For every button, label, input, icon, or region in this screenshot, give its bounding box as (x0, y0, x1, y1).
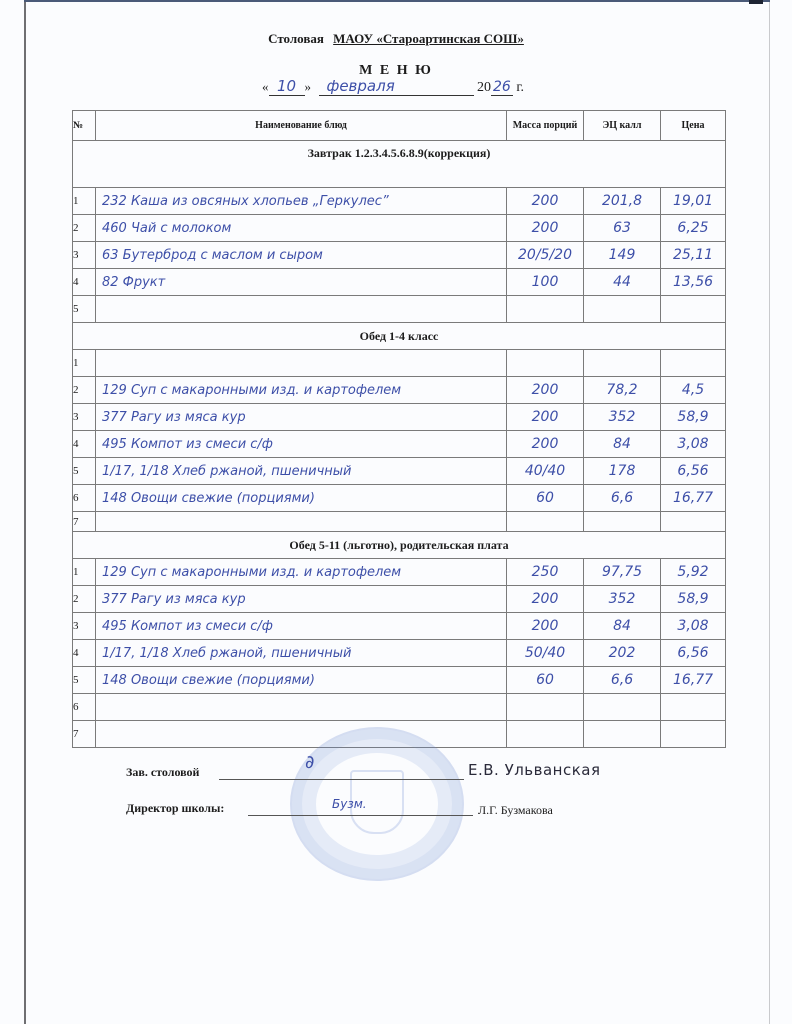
column-header-mass: Масса порций (507, 111, 584, 141)
energy-kcal: 352 (584, 404, 661, 431)
price: 6,56 (661, 640, 726, 667)
portion-mass: 200 (507, 586, 584, 613)
row-number: 5 (73, 667, 96, 694)
row-number: 2 (73, 586, 96, 613)
date-line: «10» февраля 2026 г. (262, 77, 524, 96)
portion-mass: 200 (507, 215, 584, 242)
table-row: 2129 Суп с макаронными изд. и картофелем… (73, 377, 726, 404)
energy-kcal: 6,6 (584, 667, 661, 694)
dish-name: 82 Фрукт (96, 269, 507, 296)
energy-kcal: 78,2 (584, 377, 661, 404)
price: 58,9 (661, 404, 726, 431)
energy-kcal (584, 350, 661, 377)
table-row: 2460 Чай с молоком200636,25 (73, 215, 726, 242)
price: 6,25 (661, 215, 726, 242)
table-row: 3495 Компот из смеси с/ф200843,08 (73, 613, 726, 640)
director-signature-row: Директор школы: (126, 801, 224, 816)
table-row: 4495 Компот из смеси с/ф200843,08 (73, 431, 726, 458)
portion-mass (507, 721, 584, 748)
portion-mass: 50/40 (507, 640, 584, 667)
dish-name (96, 721, 507, 748)
section-title: Завтрак 1.2.3.4.5.6.8.9(коррекция) (73, 141, 726, 188)
row-number: 2 (73, 215, 96, 242)
price (661, 512, 726, 532)
org-prefix: Столовая (268, 31, 324, 46)
dish-name (96, 296, 507, 323)
price: 4,5 (661, 377, 726, 404)
price: 25,11 (661, 242, 726, 269)
table-row: 51/17, 1/18 Хлеб ржаной, пшеничный40/401… (73, 458, 726, 485)
portion-mass: 200 (507, 404, 584, 431)
table-row: 363 Бутерброд с маслом и сыром20/5/20149… (73, 242, 726, 269)
row-number: 3 (73, 404, 96, 431)
energy-kcal: 97,75 (584, 559, 661, 586)
energy-kcal (584, 296, 661, 323)
row-number: 4 (73, 269, 96, 296)
table-row: 5148 Овощи свежие (порциями)606,616,77 (73, 667, 726, 694)
director-name: Л.Г. Бузмакова (478, 803, 553, 818)
energy-kcal: 84 (584, 431, 661, 458)
column-header-num: № (73, 111, 96, 141)
row-number: 4 (73, 431, 96, 458)
dish-name: 1/17, 1/18 Хлеб ржаной, пшеничный (96, 458, 507, 485)
row-number: 1 (73, 188, 96, 215)
table-row: 1232 Каша из овсяных хлопьев „Геркулес”2… (73, 188, 726, 215)
price (661, 296, 726, 323)
row-number: 2 (73, 377, 96, 404)
price (661, 721, 726, 748)
date-day: 10 (269, 77, 305, 96)
price: 5,92 (661, 559, 726, 586)
row-number: 7 (73, 721, 96, 748)
portion-mass (507, 512, 584, 532)
portion-mass: 200 (507, 613, 584, 640)
org-name: МАОУ «Староартинская СОШ» (333, 31, 524, 46)
scan-corner-mark (749, 0, 763, 4)
price: 16,77 (661, 667, 726, 694)
energy-kcal: 149 (584, 242, 661, 269)
dish-name: 148 Овощи свежие (порциями) (96, 485, 507, 512)
column-header-name: Наименование блюд (96, 111, 507, 141)
section-title: Обед 1-4 класс (73, 323, 726, 350)
dish-name: 232 Каша из овсяных хлопьев „Геркулес” (96, 188, 507, 215)
portion-mass: 200 (507, 188, 584, 215)
energy-kcal: 352 (584, 586, 661, 613)
portion-mass: 60 (507, 485, 584, 512)
canteen-head-label: Зав. столовой (126, 765, 199, 780)
portion-mass: 200 (507, 431, 584, 458)
row-number: 5 (73, 296, 96, 323)
energy-kcal (584, 512, 661, 532)
director-label: Директор школы: (126, 801, 224, 816)
row-number: 3 (73, 242, 96, 269)
table-row: 41/17, 1/18 Хлеб ржаной, пшеничный50/402… (73, 640, 726, 667)
table-row: 3377 Рагу из мяса кур20035258,9 (73, 404, 726, 431)
price (661, 694, 726, 721)
price (661, 350, 726, 377)
table-row: 7 (73, 512, 726, 532)
section-row: Обед 5-11 (льготно), родительская плата (73, 532, 726, 559)
portion-mass: 250 (507, 559, 584, 586)
energy-kcal: 201,8 (584, 188, 661, 215)
price: 16,77 (661, 485, 726, 512)
dish-name: 129 Суп с макаронными изд. и картофелем (96, 377, 507, 404)
energy-kcal (584, 694, 661, 721)
date-year: 2026 г. (477, 79, 524, 96)
energy-kcal: 6,6 (584, 485, 661, 512)
dish-name: 377 Рагу из мяса кур (96, 586, 507, 613)
section-title: Обед 5-11 (льготно), родительская плата (73, 532, 726, 559)
table-row: 6148 Овощи свежие (порциями)606,616,77 (73, 485, 726, 512)
organization-line: Столовая МАОУ «Староартинская СОШ» (0, 31, 792, 47)
canteen-head-signature-line (219, 779, 464, 780)
dish-name: 495 Компот из смеси с/ф (96, 613, 507, 640)
portion-mass (507, 296, 584, 323)
row-number: 6 (73, 694, 96, 721)
row-number: 4 (73, 640, 96, 667)
menu-table: № Наименование блюд Масса порций ЭЦ калл… (72, 110, 726, 748)
menu-table-body: Завтрак 1.2.3.4.5.6.8.9(коррекция)1232 К… (73, 141, 726, 748)
table-row: 1129 Суп с макаронными изд. и картофелем… (73, 559, 726, 586)
director-signature-line (248, 815, 473, 816)
dish-name (96, 512, 507, 532)
portion-mass: 20/5/20 (507, 242, 584, 269)
portion-mass: 40/40 (507, 458, 584, 485)
dish-name: 495 Компот из смеси с/ф (96, 431, 507, 458)
portion-mass: 60 (507, 667, 584, 694)
energy-kcal: 63 (584, 215, 661, 242)
portion-mass: 200 (507, 377, 584, 404)
year-suffix: 26 (491, 79, 513, 96)
canteen-head-signature-row: Зав. столовой (126, 765, 199, 780)
portion-mass: 100 (507, 269, 584, 296)
dish-name: 377 Рагу из мяса кур (96, 404, 507, 431)
canteen-head-name: Е.В. Ульванская (468, 761, 601, 779)
price: 3,08 (661, 613, 726, 640)
table-row: 482 Фрукт1004413,56 (73, 269, 726, 296)
director-signature-scribble: Бузм. (332, 797, 367, 811)
table-row: 6 (73, 694, 726, 721)
price: 13,56 (661, 269, 726, 296)
energy-kcal: 84 (584, 613, 661, 640)
page-edge-right (769, 0, 770, 1024)
row-number: 3 (73, 613, 96, 640)
canteen-head-signature-scribble-icon: ∂ (305, 752, 314, 773)
column-header-price: Цена (661, 111, 726, 141)
dish-name: 460 Чай с молоком (96, 215, 507, 242)
section-row: Завтрак 1.2.3.4.5.6.8.9(коррекция) (73, 141, 726, 188)
section-row: Обед 1-4 класс (73, 323, 726, 350)
energy-kcal: 202 (584, 640, 661, 667)
table-row: 1 (73, 350, 726, 377)
energy-kcal: 44 (584, 269, 661, 296)
row-number: 1 (73, 559, 96, 586)
price: 6,56 (661, 458, 726, 485)
table-header-row: № Наименование блюд Масса порций ЭЦ калл… (73, 111, 726, 141)
dish-name: 63 Бутерброд с маслом и сыром (96, 242, 507, 269)
column-header-kcal: ЭЦ калл (584, 111, 661, 141)
row-number: 7 (73, 512, 96, 532)
dish-name: 1/17, 1/18 Хлеб ржаной, пшеничный (96, 640, 507, 667)
date-month: февраля (319, 77, 474, 96)
dish-name: 148 Овощи свежие (порциями) (96, 667, 507, 694)
portion-mass (507, 694, 584, 721)
portion-mass (507, 350, 584, 377)
date-close-quote: » (305, 79, 312, 94)
table-row: 5 (73, 296, 726, 323)
table-row: 2377 Рагу из мяса кур20035258,9 (73, 586, 726, 613)
energy-kcal (584, 721, 661, 748)
price: 58,9 (661, 586, 726, 613)
dish-name: 129 Суп с макаронными изд. и картофелем (96, 559, 507, 586)
dish-name (96, 694, 507, 721)
scan-top-edge (24, 0, 770, 2)
dish-name (96, 350, 507, 377)
row-number: 1 (73, 350, 96, 377)
price: 19,01 (661, 188, 726, 215)
price: 3,08 (661, 431, 726, 458)
row-number: 6 (73, 485, 96, 512)
year-label: г. (516, 80, 524, 95)
row-number: 5 (73, 458, 96, 485)
energy-kcal: 178 (584, 458, 661, 485)
page-edge-left (24, 0, 26, 1024)
year-prefix: 20 (477, 80, 491, 95)
